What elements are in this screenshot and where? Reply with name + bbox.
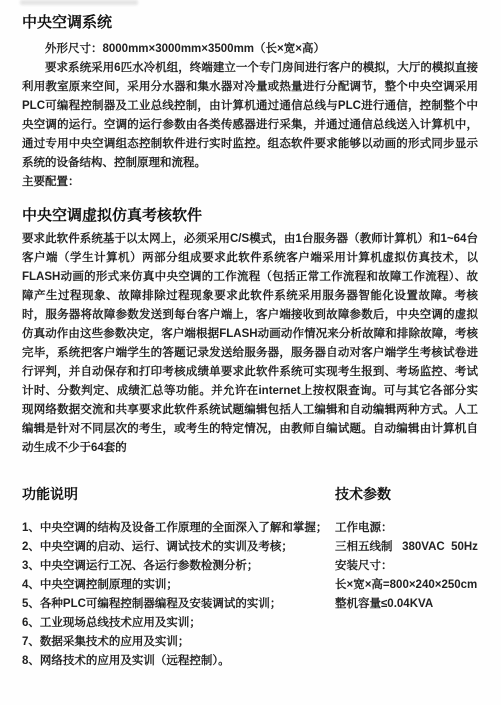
tech-param-line: 工作电源： [335, 519, 478, 538]
feature-item: 8、网络技术的应用及实训（远程控制）。 [22, 652, 335, 671]
features-title: 功能说明 [22, 485, 335, 504]
dimensions-line: 外形尺寸：8000mm×3000mm×3500mm（长×宽×高） [22, 40, 478, 59]
feature-item: 4、中央空调控制原理的实训； [22, 576, 335, 595]
section2-paragraph: 要求此软件系统基于以太网上，必须采用C/S模式，由1台服务器（教师计算机）和1~… [22, 230, 478, 458]
section1-paragraph: 要求系统采用6匹水冷机组，终端建立一个专门房间进行客户的模拟，大厅的模拟直接利用… [22, 59, 478, 173]
feature-item: 2、中央空调的启动、运行、调试技术的实训及考核； [22, 538, 335, 557]
features-list: 1、中央空调的结构及设备工作原理的全面深入了解和掌握； 2、中央空调的启动、运行… [22, 519, 335, 671]
feature-item: 6、工业现场总线技术应用及实训； [22, 614, 335, 633]
feature-item: 1、中央空调的结构及设备工作原理的全面深入了解和掌握； [22, 519, 335, 538]
feature-item: 5、各种PLC可编程控制器编程及安装调试的实训； [22, 595, 335, 614]
scan-artifact-smudge [20, 0, 138, 5]
feature-item: 3、中央空调运行工况、各运行参数检测分析； [22, 557, 335, 576]
section1-title: 中央空调系统 [22, 13, 478, 32]
tech-param-line: 长×宽×高=800×240×250cm [335, 576, 478, 595]
main-config-label: 主要配置： [22, 173, 478, 192]
tech-params-column: 技术参数 工作电源： 三相五线制 380VAC 50Hz 安装尺寸： 长×宽×高… [335, 485, 478, 671]
tech-param-line: 安装尺寸： [335, 557, 478, 576]
features-column: 功能说明 1、中央空调的结构及设备工作原理的全面深入了解和掌握； 2、中央空调的… [22, 485, 335, 671]
section2-title: 中央空调虚拟仿真考核软件 [22, 206, 478, 225]
bottom-columns: 功能说明 1、中央空调的结构及设备工作原理的全面深入了解和掌握； 2、中央空调的… [22, 485, 478, 671]
feature-item: 7、数据采集技术的应用及实训； [22, 633, 335, 652]
tech-param-line: 整机容量≤0.04KVA [335, 595, 478, 614]
tech-params-list: 工作电源： 三相五线制 380VAC 50Hz 安装尺寸： 长×宽×高=800×… [335, 519, 478, 614]
tech-params-title: 技术参数 [335, 485, 478, 504]
spec-document-page: 中央空调系统 外形尺寸：8000mm×3000mm×3500mm（长×宽×高） … [0, 0, 501, 705]
tech-param-line: 三相五线制 380VAC 50Hz [335, 538, 478, 557]
